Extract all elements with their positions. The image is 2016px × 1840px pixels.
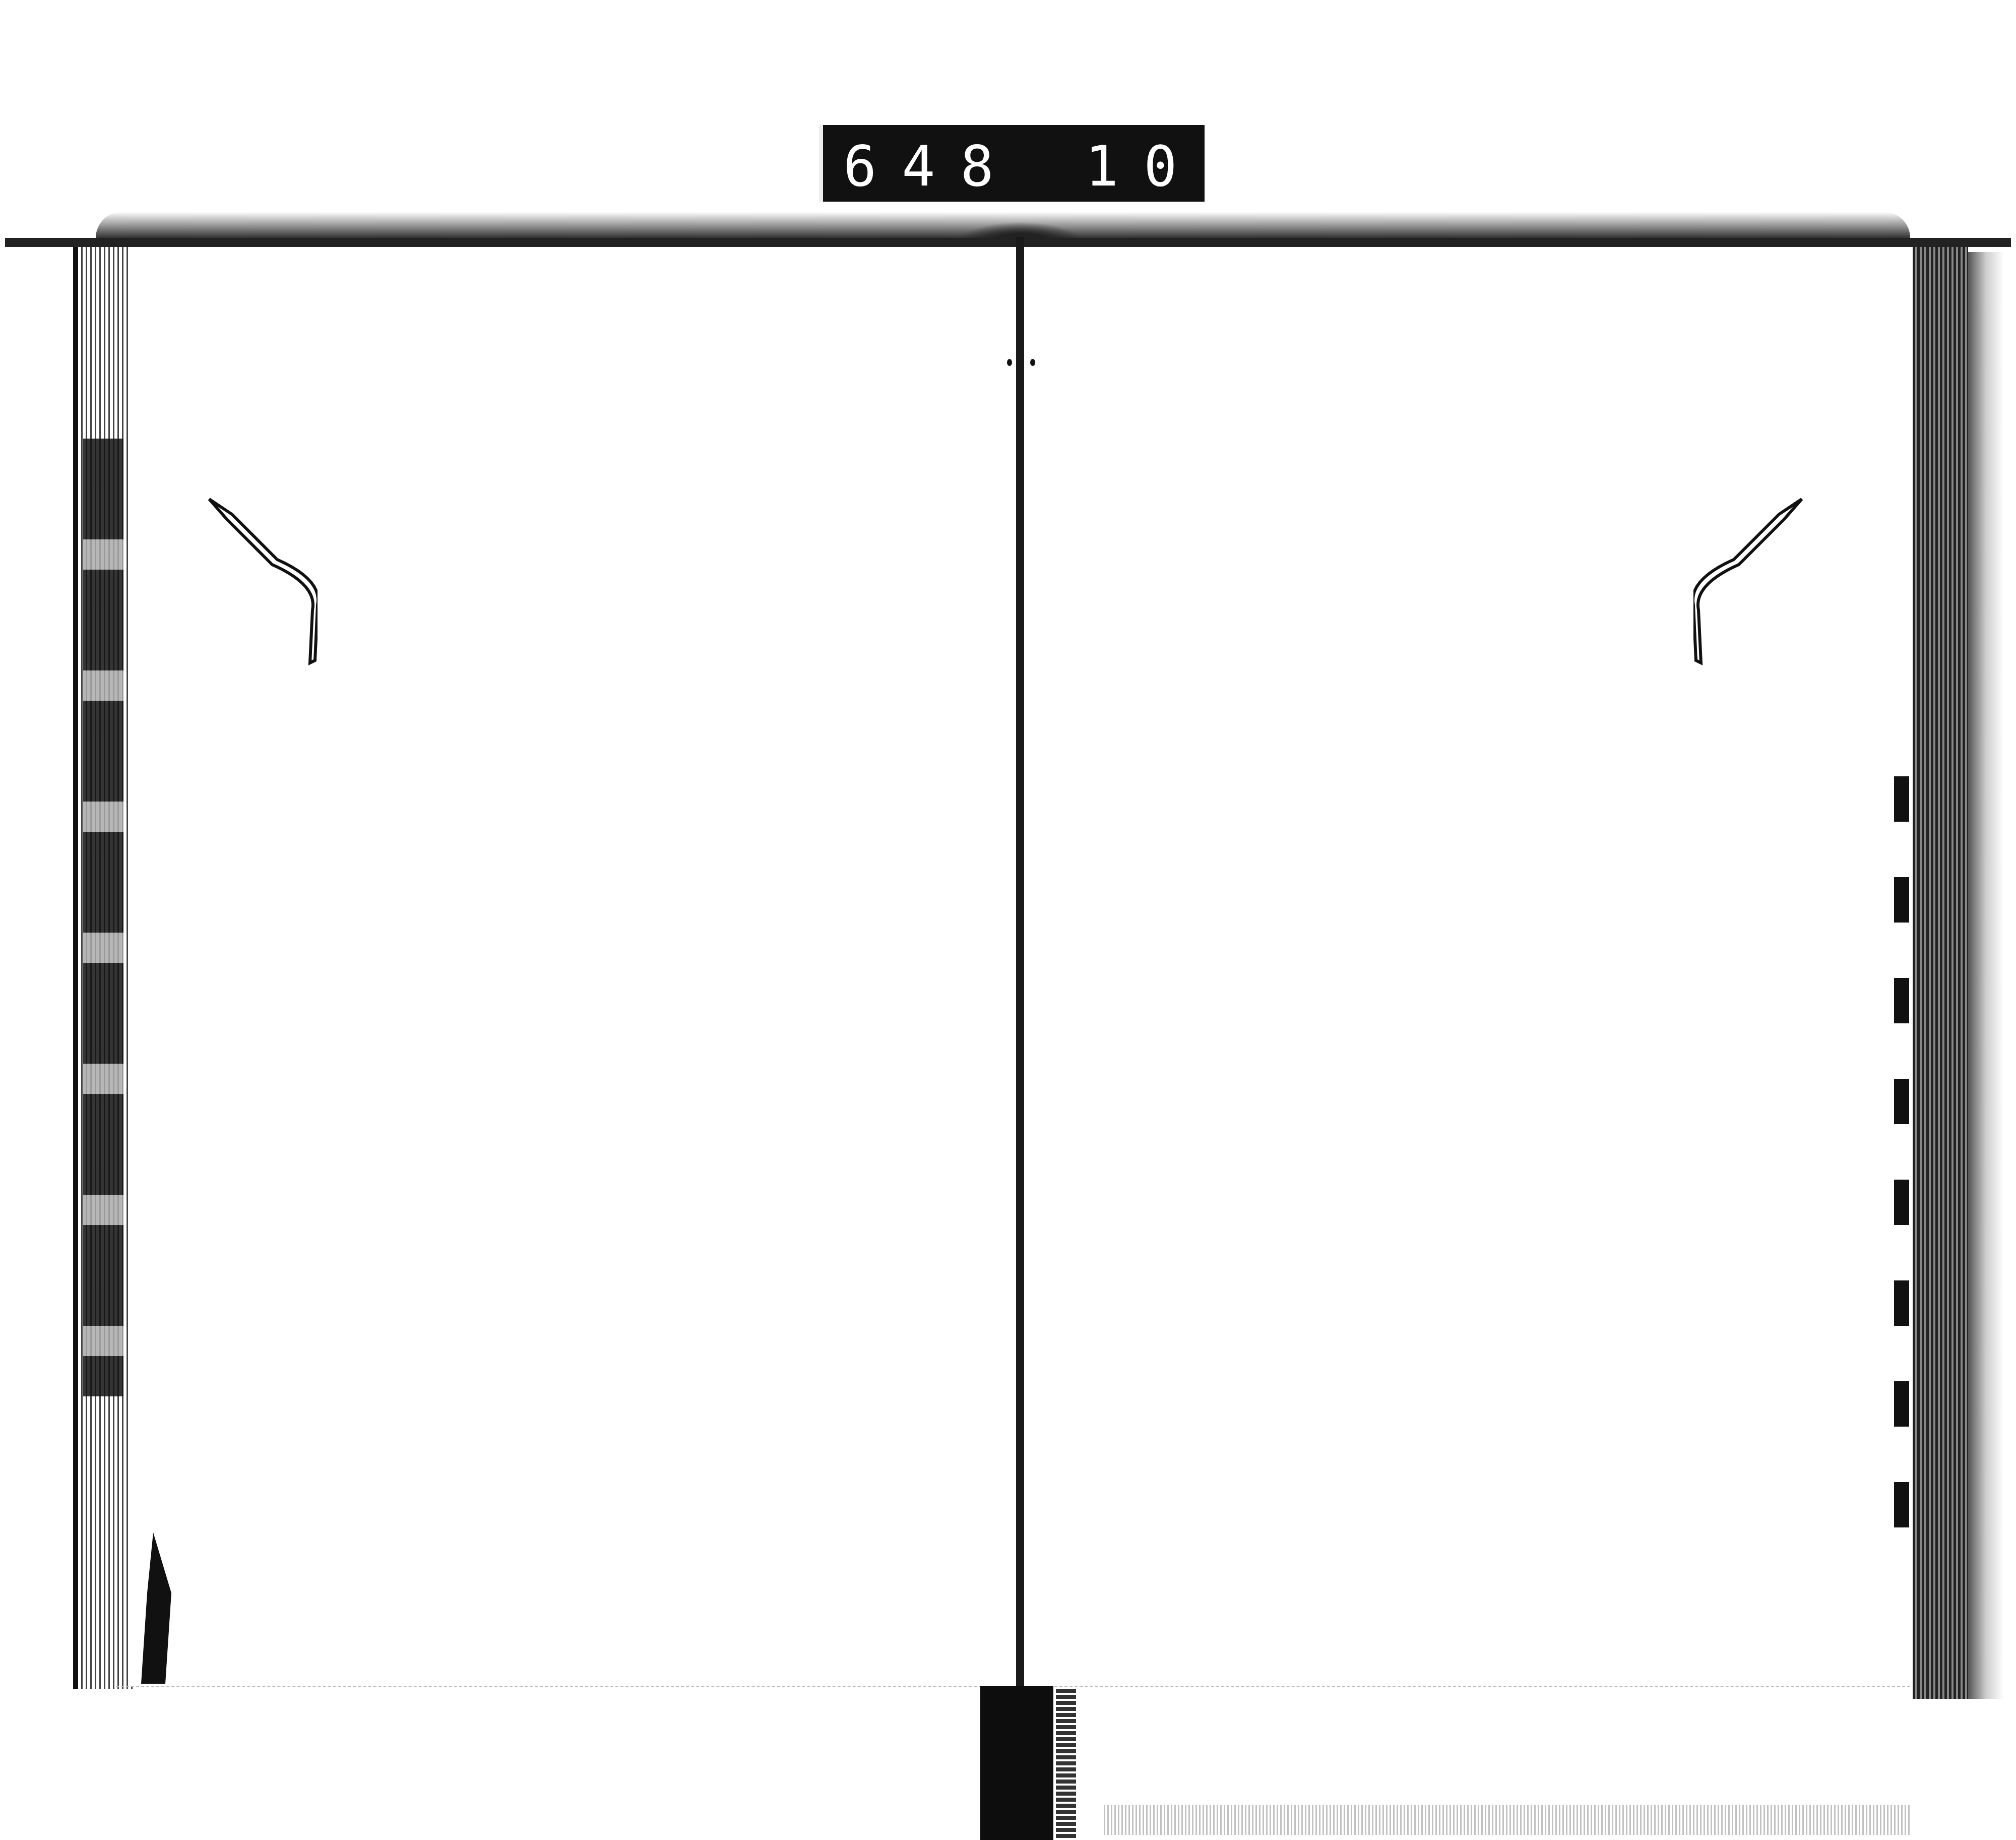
right-book-edge xyxy=(1913,247,1968,1699)
bookmark-ribbon-right xyxy=(1693,494,1809,665)
bottom-scan-noise xyxy=(1104,1805,1910,1835)
right-edge-stain xyxy=(1894,776,1909,1532)
left-spine-label xyxy=(83,439,123,1396)
book-gutter xyxy=(1016,237,1024,1689)
frame-number: 105. xyxy=(1085,134,1319,199)
scanner-clamp xyxy=(980,1686,1053,1840)
frame-counter: 648 105. xyxy=(819,125,1205,202)
reel-number: 648 xyxy=(843,134,1019,199)
right-page xyxy=(1024,247,1913,1686)
gutter-mark xyxy=(1030,359,1035,366)
scanner-clamp-edge xyxy=(1056,1689,1076,1840)
gutter-mark xyxy=(1007,359,1012,366)
right-page-edges xyxy=(1968,252,2003,1699)
left-page xyxy=(129,247,1016,1686)
bookmark-ribbon-left xyxy=(202,494,318,665)
